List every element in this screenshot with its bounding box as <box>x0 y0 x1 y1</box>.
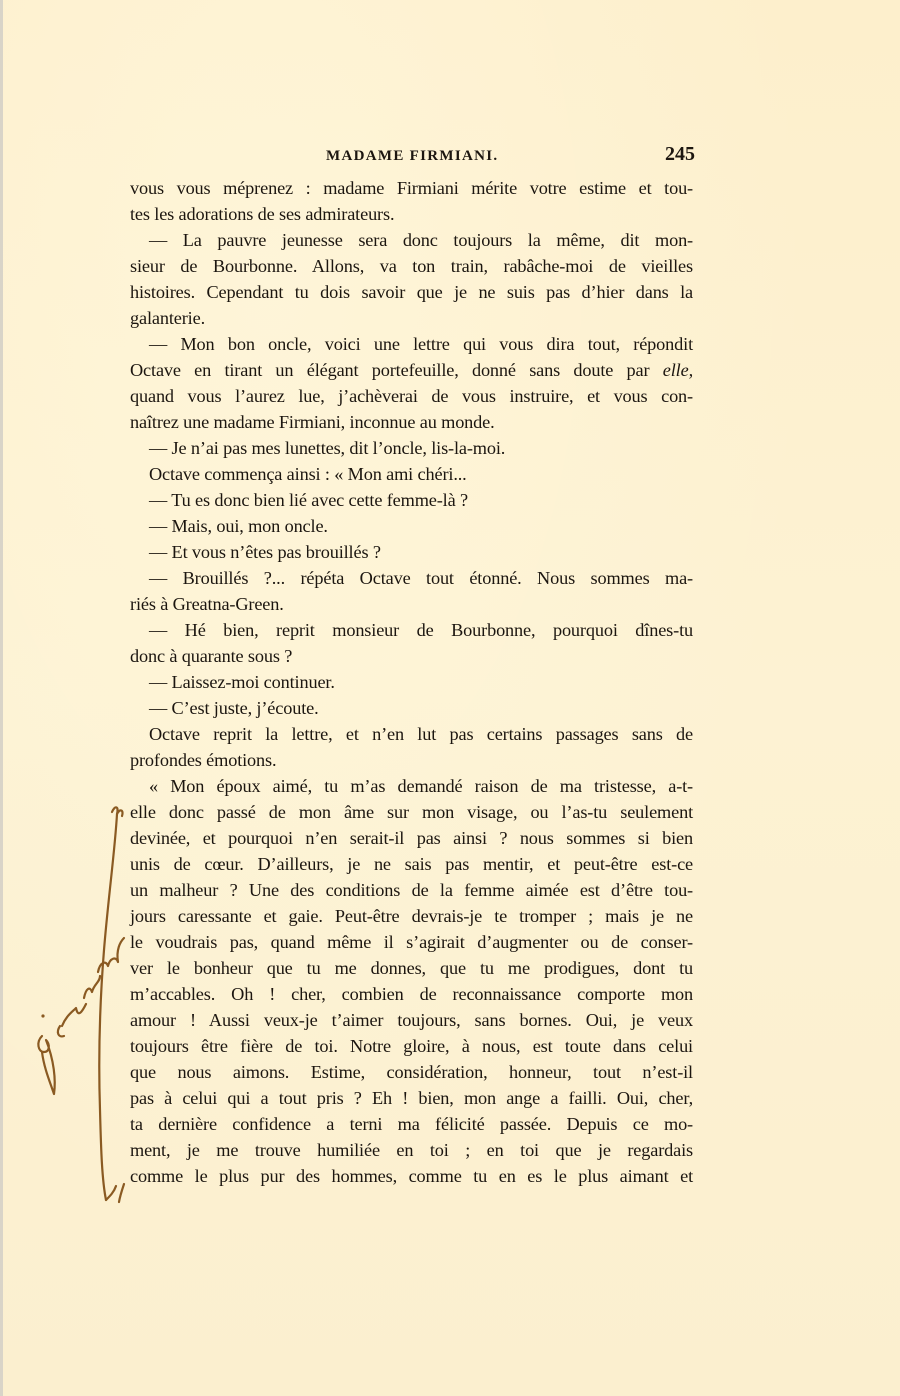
text-line-content: jours caressante et gaie. Peut-être devr… <box>130 906 693 926</box>
text-line-content: tes les adorations de ses admirateurs. <box>130 204 394 224</box>
text-line: — Brouillés ?... répéta Octave tout éton… <box>130 565 693 591</box>
running-head: MADAME FIRMIANI. 245 <box>130 144 695 170</box>
text-line: que nous aimons. Estime, considération, … <box>130 1059 693 1085</box>
text-line-content: — Mon bon oncle, voici une lettre qui vo… <box>149 334 693 354</box>
text-line-content: — Hé bien, reprit monsieur de Bourbonne,… <box>149 620 693 640</box>
page-number: 245 <box>665 143 695 166</box>
text-line-content: — Brouillés ?... répéta Octave tout éton… <box>149 568 693 588</box>
text-line: amour ! Aussi veux-je t’aimer toujours, … <box>130 1007 693 1033</box>
text-line-content: — Mais, oui, mon oncle. <box>149 516 328 536</box>
text-line-content: galanterie. <box>130 308 205 328</box>
text-line-content: « Mon époux aimé, tu m’as demandé raison… <box>149 776 693 796</box>
text-line: — Tu es donc bien lié avec cette femme-l… <box>130 487 693 513</box>
text-line: Octave reprit la lettre, et n’en lut pas… <box>130 721 693 747</box>
text-line-content: ver le bonheur que tu me donnes, que tu … <box>130 958 693 978</box>
body-text: vous vous méprenez : madame Firmiani mér… <box>130 175 693 1189</box>
text-line: — Laissez-moi continuer. <box>130 669 693 695</box>
text-line: elle donc passé de mon âme sur mon visag… <box>130 799 693 825</box>
text-line-content: profondes émotions. <box>130 750 276 770</box>
text-line-content: donc à quarante sous ? <box>130 646 292 666</box>
text-line-content: unis de cœur. D’ailleurs, je ne sais pas… <box>130 854 693 874</box>
text-line: comme le plus pur des hommes, comme tu e… <box>130 1163 693 1189</box>
text-line-content: — Et vous n’êtes pas brouillés ? <box>149 542 381 562</box>
book-page: MADAME FIRMIANI. 245 vous vous méprenez … <box>0 0 900 1396</box>
emphasized-word: elle, <box>649 360 693 380</box>
text-line-content: Octave commença ainsi : « Mon ami chéri.… <box>149 464 467 484</box>
running-title: MADAME FIRMIANI. <box>326 148 498 165</box>
text-line: Octave en tirant un élégant portefeuille… <box>130 357 693 383</box>
text-line-content: ta dernière confidence a terni ma félici… <box>130 1114 693 1134</box>
text-line: naîtrez une madame Firmiani, inconnue au… <box>130 409 693 435</box>
text-line-content: — C’est juste, j’écoute. <box>149 698 319 718</box>
text-line: pas à celui qui a tout pris ? Eh ! bien,… <box>130 1085 693 1111</box>
text-line-content: naîtrez une madame Firmiani, inconnue au… <box>130 412 495 432</box>
text-line-content: un malheur ? Une des conditions de la fe… <box>130 880 693 900</box>
text-line-content: — Tu es donc bien lié avec cette femme-l… <box>149 490 468 510</box>
text-line: ta dernière confidence a terni ma félici… <box>130 1111 693 1137</box>
text-line: riés à Greatna-Green. <box>130 591 693 617</box>
text-line: donc à quarante sous ? <box>130 643 693 669</box>
text-line-content: devinée, et pourquoi n’en serait-il pas … <box>130 828 693 848</box>
text-line-content: histoires. Cependant tu dois savoir que … <box>130 282 693 302</box>
text-line: toujours être fière de toi. Notre gloire… <box>130 1033 693 1059</box>
text-line-content: que nous aimons. Estime, considération, … <box>130 1062 693 1082</box>
text-line: profondes émotions. <box>130 747 693 773</box>
text-line-content: toujours être fière de toi. Notre gloire… <box>130 1036 693 1056</box>
text-line: — La pauvre jeunesse sera donc toujours … <box>130 227 693 253</box>
text-line: — Hé bien, reprit monsieur de Bourbonne,… <box>130 617 693 643</box>
page-edge <box>0 0 3 1396</box>
text-line: tes les adorations de ses admirateurs. <box>130 201 693 227</box>
text-line-content: — La pauvre jeunesse sera donc toujours … <box>149 230 693 250</box>
text-line-content: Octave reprit la lettre, et n’en lut pas… <box>149 724 693 744</box>
text-line-content: ment, je me trouve humiliée en toi ; en … <box>130 1140 693 1160</box>
text-line-content: Octave en tirant un élégant portefeuille… <box>130 360 649 380</box>
text-line-content: comme le plus pur des hommes, comme tu e… <box>130 1166 693 1186</box>
text-line: — Mon bon oncle, voici une lettre qui vo… <box>130 331 693 357</box>
text-line-content: pas à celui qui a tout pris ? Eh ! bien,… <box>130 1088 693 1108</box>
text-line-content: vous vous méprenez : madame Firmiani mér… <box>130 178 693 198</box>
text-line: — C’est juste, j’écoute. <box>130 695 693 721</box>
text-line-content: elle donc passé de mon âme sur mon visag… <box>130 802 693 822</box>
text-line: ment, je me trouve humiliée en toi ; en … <box>130 1137 693 1163</box>
text-line-content: amour ! Aussi veux-je t’aimer toujours, … <box>130 1010 693 1030</box>
text-line: — Et vous n’êtes pas brouillés ? <box>130 539 693 565</box>
text-line: un malheur ? Une des conditions de la fe… <box>130 877 693 903</box>
text-line: quand vous l’aurez lue, j’achèverai de v… <box>130 383 693 409</box>
text-line-content: sieur de Bourbonne. Allons, va ton train… <box>130 256 693 276</box>
text-line: Octave commença ainsi : « Mon ami chéri.… <box>130 461 693 487</box>
text-line: vous vous méprenez : madame Firmiani mér… <box>130 175 693 201</box>
text-line-content: m’accables. Oh ! cher, combien de reconn… <box>130 984 693 1004</box>
text-line-content: le voudrais pas, quand même il s’agirait… <box>130 932 693 952</box>
handwritten-annotation-icon <box>20 790 130 1210</box>
text-line-content: quand vous l’aurez lue, j’achèverai de v… <box>130 386 693 406</box>
text-line: ver le bonheur que tu me donnes, que tu … <box>130 955 693 981</box>
text-line: — Je n’ai pas mes lunettes, dit l’oncle,… <box>130 435 693 461</box>
text-line: histoires. Cependant tu dois savoir que … <box>130 279 693 305</box>
text-line: sieur de Bourbonne. Allons, va ton train… <box>130 253 693 279</box>
text-line-content: — Je n’ai pas mes lunettes, dit l’oncle,… <box>149 438 505 458</box>
text-line-content: — Laissez-moi continuer. <box>149 672 335 692</box>
text-line: « Mon époux aimé, tu m’as demandé raison… <box>130 773 693 799</box>
text-line: m’accables. Oh ! cher, combien de reconn… <box>130 981 693 1007</box>
text-line: devinée, et pourquoi n’en serait-il pas … <box>130 825 693 851</box>
text-line: galanterie. <box>130 305 693 331</box>
text-line-content: riés à Greatna-Green. <box>130 594 284 614</box>
text-line: unis de cœur. D’ailleurs, je ne sais pas… <box>130 851 693 877</box>
text-line: — Mais, oui, mon oncle. <box>130 513 693 539</box>
text-line: le voudrais pas, quand même il s’agirait… <box>130 929 693 955</box>
text-line: jours caressante et gaie. Peut-être devr… <box>130 903 693 929</box>
